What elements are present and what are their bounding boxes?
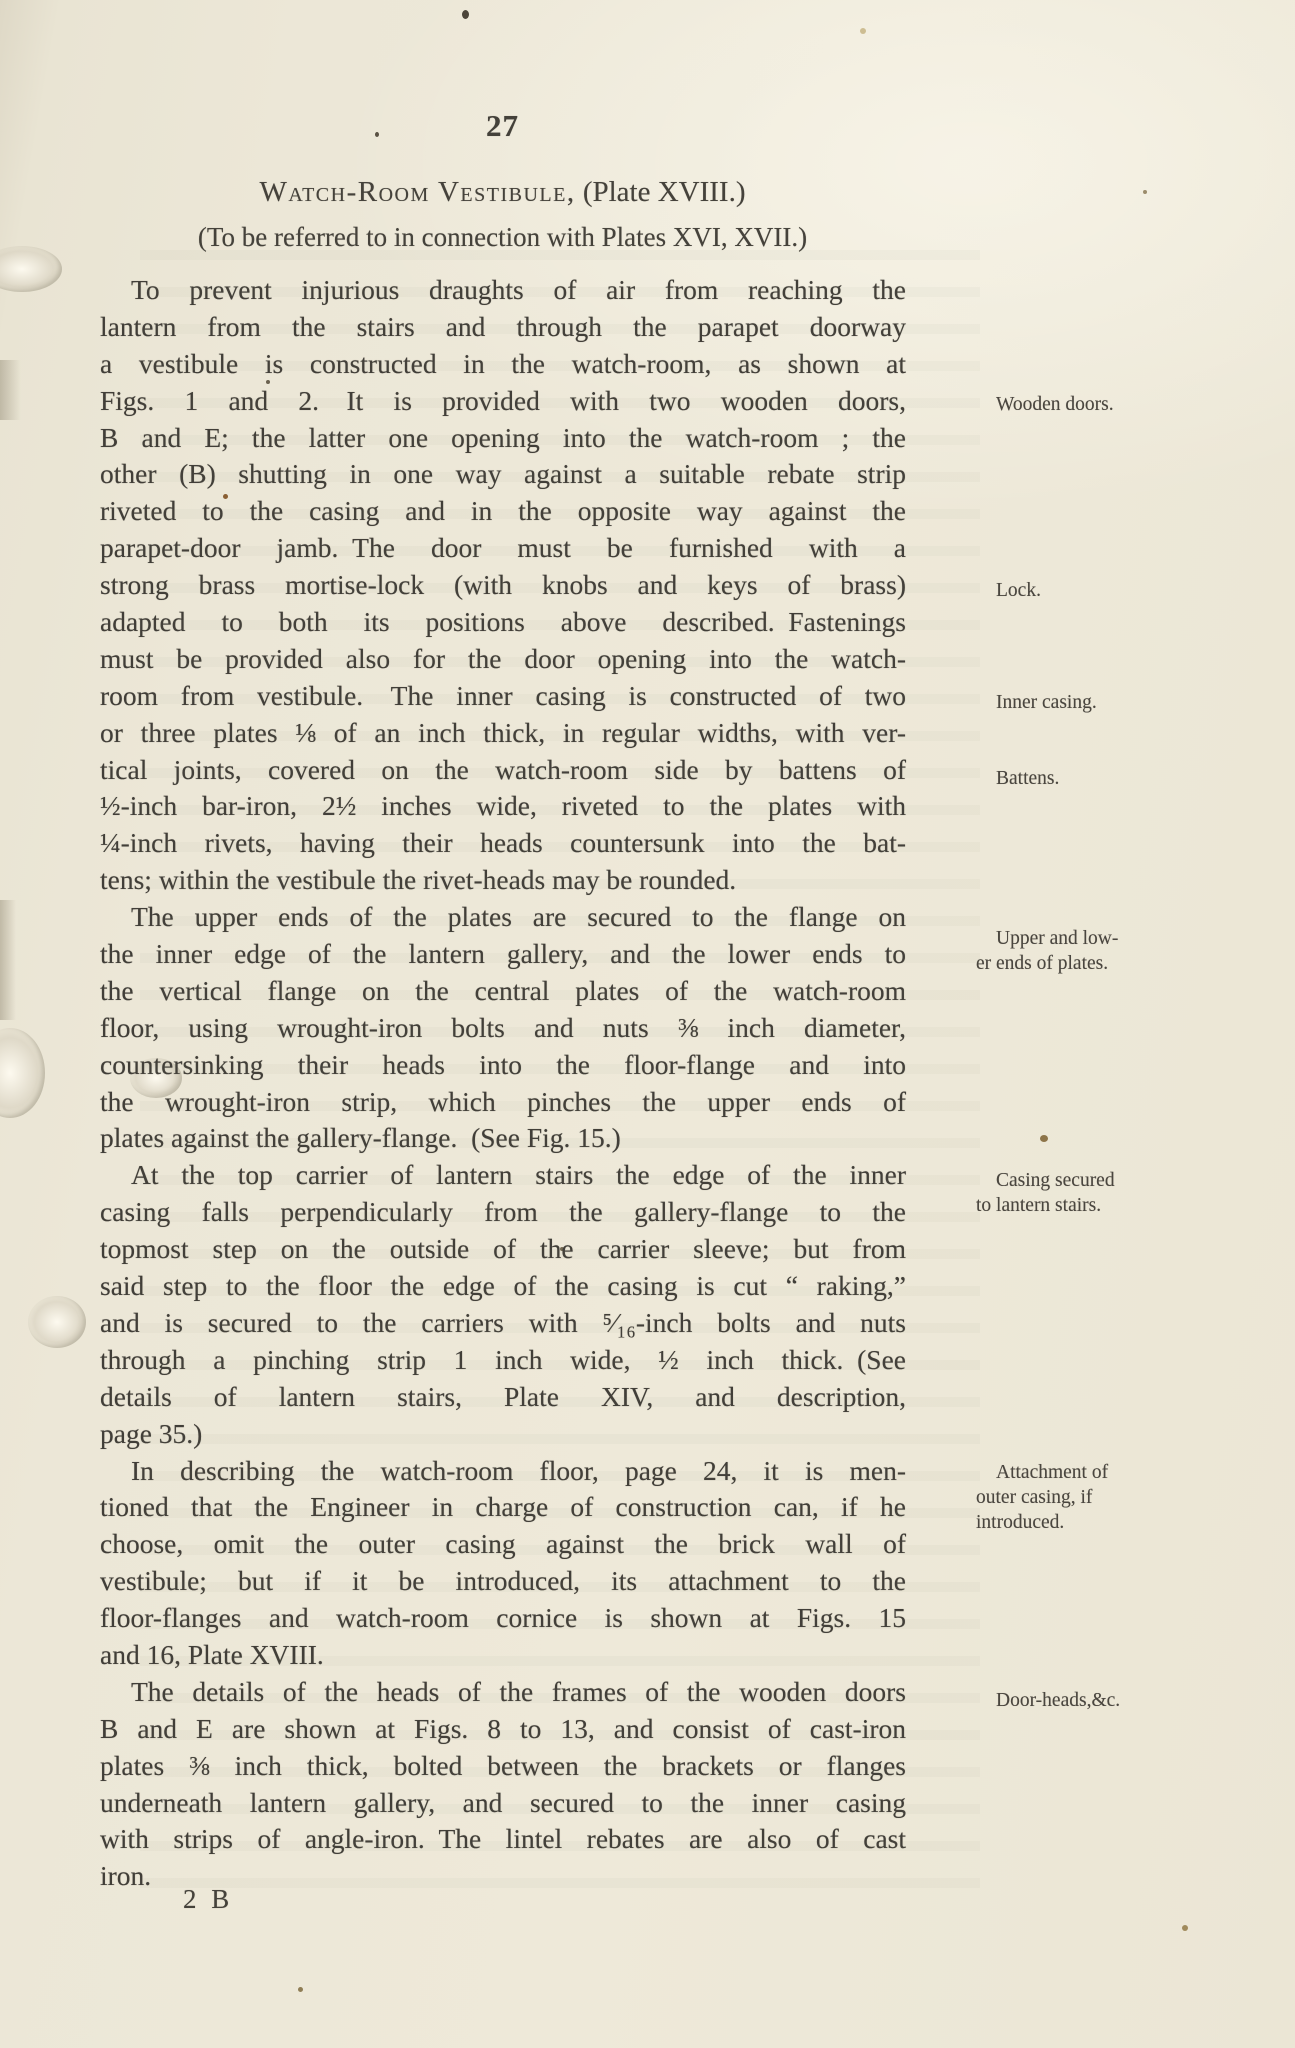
section-heading-plate: (Plate XVIII.) <box>576 176 746 208</box>
body-line: casing falls perpendicularly from the ga… <box>100 1194 906 1231</box>
body-line: The upper ends of the plates are secured… <box>100 899 906 936</box>
body-line: adapted to both its positions above desc… <box>100 604 906 641</box>
margin-note-line: Casing secured <box>976 1168 1176 1193</box>
body-line: ½-inch bar-iron, 2½ inches wide, riveted… <box>100 788 906 825</box>
body-line: In describing the watch-room floor, page… <box>100 1453 906 1490</box>
page-crease <box>0 900 20 1020</box>
body-line: details of lantern stairs, Plate XIV, an… <box>100 1379 906 1416</box>
paper-speck <box>1182 1925 1188 1931</box>
section-subheading: (To be referred to in connection with Pl… <box>100 222 905 253</box>
margin-note-lock: Lock. <box>976 578 1176 603</box>
page-crease <box>0 360 26 420</box>
body-line: floor, using wrought-iron bolts and nuts… <box>100 1010 906 1047</box>
body-line: the vertical flange on the central plate… <box>100 973 906 1010</box>
body-line: lantern from the stairs and through the … <box>100 309 906 346</box>
printer-signature: 2 B <box>183 1884 233 1915</box>
body-line: floor-flanges and watch-room cornice is … <box>100 1600 906 1637</box>
margin-note-casing-secured: Casing secured to lantern stairs. <box>976 1168 1176 1218</box>
margin-note-line: Attachment of <box>976 1460 1176 1485</box>
body-line: through a pinching strip 1 inch wide, ½ … <box>100 1342 906 1379</box>
body-line: tens; within the vestibule the rivet-hea… <box>100 862 906 899</box>
body-line: countersinking their heads into the floo… <box>100 1047 906 1084</box>
body-line: To prevent injurious draughts of air fro… <box>100 272 906 309</box>
margin-note-battens: Battens. <box>976 766 1176 791</box>
margin-note-door-heads: Door-heads,&c. <box>976 1688 1176 1713</box>
body-line: and 16, Plate XVIII. <box>100 1637 906 1674</box>
body-line: or three plates ⅛ of an inch thick, in r… <box>100 715 906 752</box>
margin-note-line: Inner casing. <box>976 690 1176 715</box>
body-line: tical joints, covered on the watch-room … <box>100 752 906 789</box>
body-line: plates against the gallery-flange. (See … <box>100 1120 906 1157</box>
body-line: ¼-inch rivets, having their heads counte… <box>100 825 906 862</box>
body-line: B and E; the latter one opening into the… <box>100 420 906 457</box>
page-number: 27 <box>100 108 905 144</box>
margin-note-line: Upper and low- <box>976 926 1176 951</box>
paper-speck <box>1143 190 1147 194</box>
paper-speck <box>860 28 866 34</box>
page-fold <box>0 1028 45 1118</box>
margin-note-line: Wooden doors. <box>976 392 1176 417</box>
body-line: B and E are shown at Figs. 8 to 13, and … <box>100 1711 906 1748</box>
paper-speck <box>1040 1135 1048 1142</box>
margin-note-plate-ends: Upper and low- er ends of plates. <box>976 926 1176 976</box>
body-line: other (B) shutting in one way against a … <box>100 456 906 493</box>
body-line: room from vestibule. The inner casing is… <box>100 678 906 715</box>
margin-note-line: to lantern stairs. <box>976 1193 1176 1218</box>
body-line: topmost step on the outside of the carri… <box>100 1231 906 1268</box>
body-line: Figs. 1 and 2. It is provided with two w… <box>100 383 906 420</box>
body-line: underneath lantern gallery, and secured … <box>100 1785 906 1822</box>
body-line: a vestibule is constructed in the watch-… <box>100 346 906 383</box>
margin-note-line: Battens. <box>976 766 1176 791</box>
body-line: the wrought-iron strip, which pinches th… <box>100 1084 906 1121</box>
margin-note-wooden-doors: Wooden doors. <box>976 392 1176 417</box>
margin-note-inner-casing: Inner casing. <box>976 690 1176 715</box>
page-fold <box>0 246 62 292</box>
body-line: riveted to the casing and in the opposit… <box>100 493 906 530</box>
body-line: plates ⅜ inch thick, bolted between the … <box>100 1748 906 1785</box>
paper-speck <box>298 1987 303 1992</box>
section-heading: Watch-Room Vestibule, (Plate XVIII.) <box>100 176 905 209</box>
scanned-book-page: 27 Watch-Room Vestibule, (Plate XVIII.) … <box>0 0 1295 2048</box>
body-line: must be provided also for the door openi… <box>100 641 906 678</box>
body-line: choose, omit the outer casing against th… <box>100 1526 906 1563</box>
body-line: said step to the floor the edge of the c… <box>100 1268 906 1305</box>
body-line: The details of the heads of the frames o… <box>100 1674 906 1711</box>
margin-note-line: Lock. <box>976 578 1176 603</box>
margin-note-outer-casing: Attachment of outer casing, if introduce… <box>976 1460 1176 1535</box>
margin-note-line: er ends of plates. <box>976 951 1176 976</box>
body-line: the inner edge of the lantern gallery, a… <box>100 936 906 973</box>
section-heading-title: Watch-Room Vestibule, <box>259 176 575 208</box>
body-line: parapet-door jamb. The door must be furn… <box>100 530 906 567</box>
margin-note-line: Door-heads,&c. <box>976 1688 1176 1713</box>
margin-note-line: outer casing, if <box>976 1485 1176 1510</box>
body-line: strong brass mortise-lock (with knobs an… <box>100 567 906 604</box>
body-line: and is secured to the carriers with ⁵⁄₁₆… <box>100 1305 906 1342</box>
page-fold <box>28 1296 86 1348</box>
body-line: tioned that the Engineer in charge of co… <box>100 1489 906 1526</box>
body-line: At the top carrier of lantern stairs the… <box>100 1157 906 1194</box>
paper-speck <box>462 10 469 19</box>
margin-note-line: introduced. <box>976 1510 1176 1535</box>
body-line: vestibule; but if it be introduced, its … <box>100 1563 906 1600</box>
body-text: To prevent injurious draughts of air fro… <box>100 272 906 1895</box>
body-line: page 35.) <box>100 1416 906 1453</box>
body-line: with strips of angle-iron. The lintel re… <box>100 1821 906 1858</box>
